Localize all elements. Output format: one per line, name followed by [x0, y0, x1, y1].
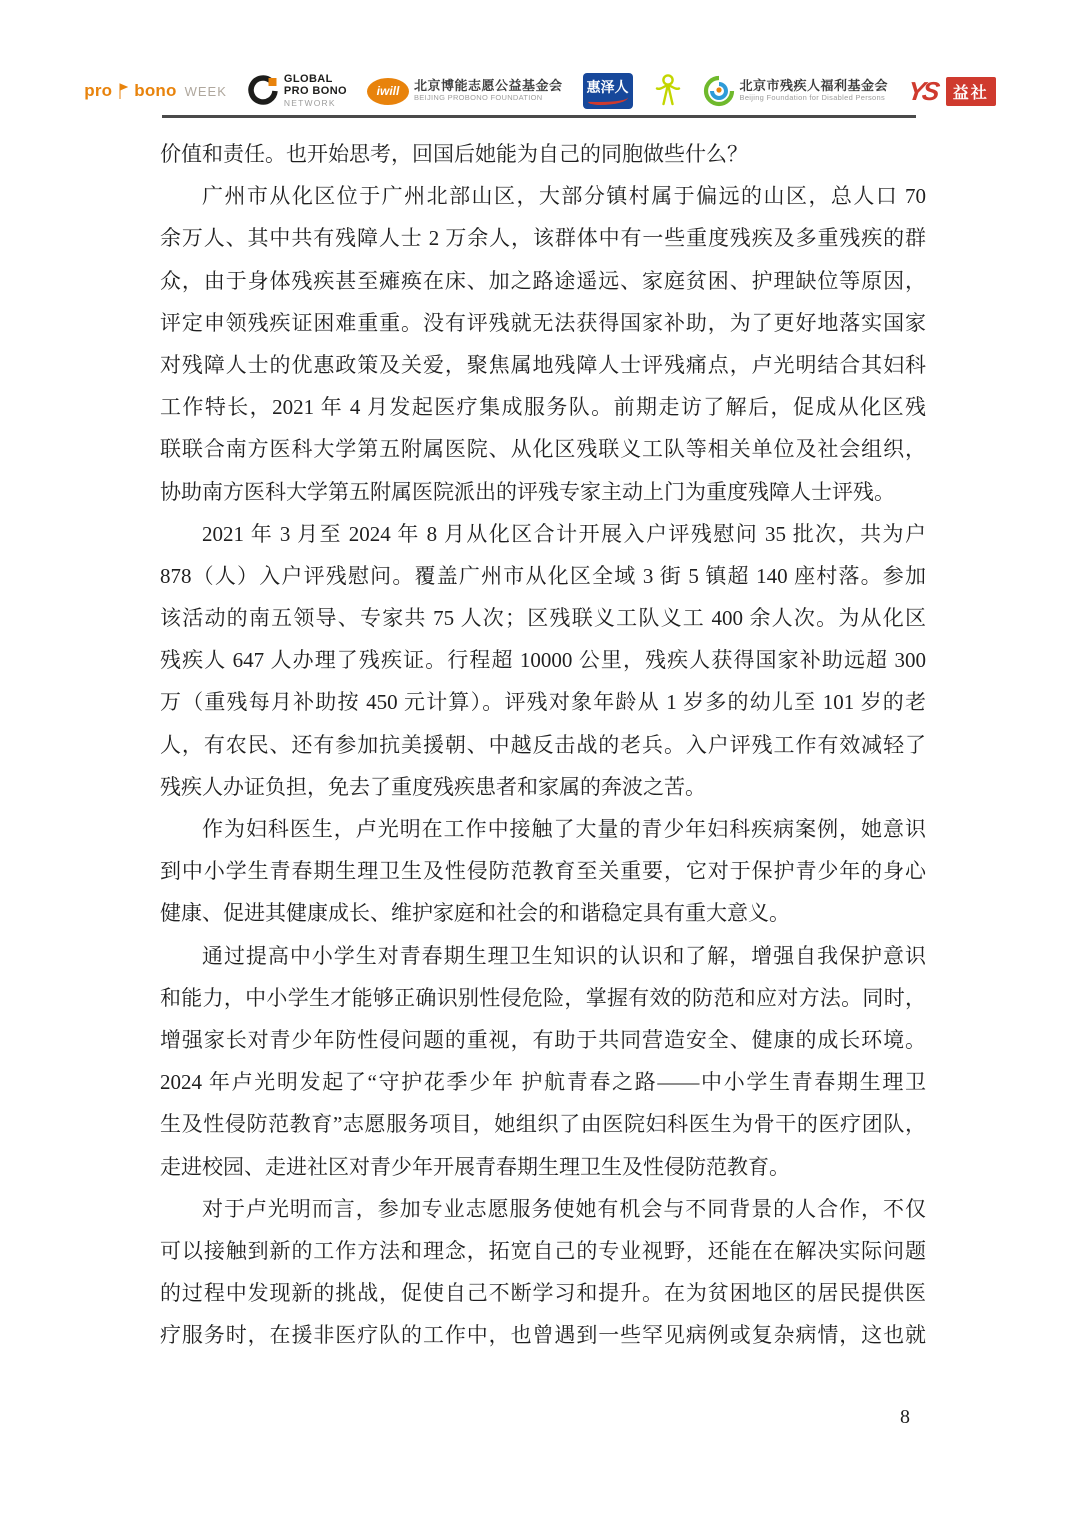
text-line: 价值和责任。也开始思考，回国后她能为自己的同胞做些什么？ [160, 133, 926, 175]
probono-foundation-name-en: BEIJING PROBONO FOUNDATION [414, 94, 563, 103]
text-line: 对残障人士的优惠政策及关爱，聚焦属地残障人士评残痛点，卢光明结合其妇科 [160, 344, 926, 386]
yishe-logo: YS 益社 [908, 77, 996, 106]
swirl-icon [703, 75, 735, 107]
logo-strip: probono WEEK GLOBAL PRO BONO NETWORK iwi… [140, 66, 940, 116]
probono-foundation-name-cn: 北京博能志愿公益基金会 [414, 79, 563, 94]
text-line: 该活动的南五领导、专家共 75 人次；区残联义工队义工 400 余人次。为从化区 [160, 597, 926, 639]
page-number: 8 [870, 1406, 940, 1429]
text-line: 健康、促进其健康成长、维护家庭和社会的和谐稳定具有重大意义。 [160, 892, 926, 934]
text-line: 联联合南方医科大学第五附属医院、从化区残联义工队等相关单位及社会组织， [160, 428, 926, 470]
text-line: 2024 年卢光明发起了“守护花季少年 护航青春之路——中小学生青春期生理卫 [160, 1061, 926, 1103]
text-line: 的过程中发现新的挑战，促使自己不断学习和提升。在为贫困地区的居民提供医 [160, 1272, 926, 1314]
huizeren-logo: 惠泽人 [583, 73, 633, 109]
text-line: 残疾人 647 人办理了残疾证。行程超 10000 公里，残疾人获得国家补助远超… [160, 639, 926, 681]
pro-bono-week-pro: pro [84, 81, 112, 101]
global-pro-bono-line2: PRO BONO [284, 86, 347, 98]
disabled-persons-foundation-logo: 北京市残疾人福利基金会 Beijing Foundation for Disab… [703, 75, 889, 107]
global-pro-bono-line3: NETWORK [284, 99, 347, 108]
flag-icon [118, 83, 128, 99]
text-line: 到中小学生青春期生理卫生及性侵防范教育至关重要，它对于保护青少年的身心 [160, 850, 926, 892]
text-line: 2021 年 3 月至 2024 年 8 月从化区合计开展入户评残慰问 35 批… [160, 513, 926, 555]
text-line: 增强家长对青少年防性侵问题的重视，有助于共同营造安全、健康的成长环境。 [160, 1019, 926, 1061]
header-divider [162, 115, 916, 118]
text-line: 众，由于身体残疾甚至瘫痪在床、加之路途遥远、家庭贫困、护理缺位等原因， [160, 260, 926, 302]
yishe-ys-icon: YS [906, 78, 938, 104]
global-pro-bono-logo: GLOBAL PRO BONO NETWORK [247, 74, 347, 107]
iwill-probono-foundation-logo: iwill 北京博能志愿公益基金会 BEIJING PROBONO FOUNDA… [367, 78, 563, 105]
text-line: 残疾人办证负担，免去了重度残疾患者和家属的奔波之苦。 [160, 766, 926, 808]
text-line: 对于卢光明而言，参加专业志愿服务使她有机会与不同背景的人合作，不仅 [160, 1188, 926, 1230]
text-line: 工作特长，2021 年 4 月发起医疗集成服务队。前期走访了解后，促成从化区残 [160, 386, 926, 428]
document-page: probono WEEK GLOBAL PRO BONO NETWORK iwi… [0, 0, 1080, 1527]
disabled-foundation-name-cn: 北京市残疾人福利基金会 [740, 79, 889, 94]
text-line: 人，有农民、还有参加抗美援朝、中越反击战的老兵。入户评残工作有效减轻了 [160, 724, 926, 766]
yishe-text: 益社 [946, 77, 996, 106]
text-line: 疗服务时，在援非医疗队的工作中，也曾遇到一些罕见病例或复杂病情，这也就 [160, 1314, 926, 1356]
text-line: 和能力，中小学生才能够正确识别性侵危险，掌握有效的防范和应对方法。同时， [160, 977, 926, 1019]
iwill-badge-icon: iwill [367, 78, 409, 105]
text-line: 协助南方医科大学第五附属医院派出的评残专家主动上门为重度残障人士评残。 [160, 471, 926, 513]
document-body: 价值和责任。也开始思考，回国后她能为自己的同胞做些什么？广州市从化区位于广州北部… [160, 133, 926, 1356]
text-line: 余万人、其中共有残障人士 2 万余人，该群体中有一些重度残疾及多重残疾的群 [160, 217, 926, 259]
person-outline-icon [653, 73, 683, 109]
text-line: 评定申领残疾证困难重重。没有评残就无法获得国家补助，为了更好地落实国家 [160, 302, 926, 344]
pro-bono-week-logo: probono WEEK [84, 81, 227, 101]
text-line: 生及性侵防范教育”志愿服务项目，她组织了由医院妇科医生为骨干的医疗团队， [160, 1103, 926, 1145]
huizeren-swoosh-icon [588, 94, 628, 105]
text-line: 可以接触到新的工作方法和理念，拓宽自己的专业视野，还能在在解决实际问题 [160, 1230, 926, 1272]
global-pro-bono-icon [247, 75, 279, 107]
disabled-foundation-name-en: Beijing Foundation for Disabled Persons [740, 94, 889, 103]
text-line: 通过提高中小学生对青春期生理卫生知识的认识和了解，增强自我保护意识 [160, 935, 926, 977]
text-line: 作为妇科医生，卢光明在工作中接触了大量的青少年妇科疾病案例，她意识 [160, 808, 926, 850]
text-line: 878（人）入户评残慰问。覆盖广州市从化区全域 3 街 5 镇超 140 座村落… [160, 555, 926, 597]
pro-bono-week-week: WEEK [185, 84, 227, 99]
text-line: 走进校园、走进社区对青少年开展青春期生理卫生及性侵防范教育。 [160, 1146, 926, 1188]
pro-bono-week-bono: bono [134, 81, 176, 101]
text-line: 万（重残每月补助按 450 元计算）。评残对象年龄从 1 岁多的幼儿至 101 … [160, 681, 926, 723]
text-line: 广州市从化区位于广州北部山区，大部分镇村属于偏远的山区，总人口 70 [160, 175, 926, 217]
